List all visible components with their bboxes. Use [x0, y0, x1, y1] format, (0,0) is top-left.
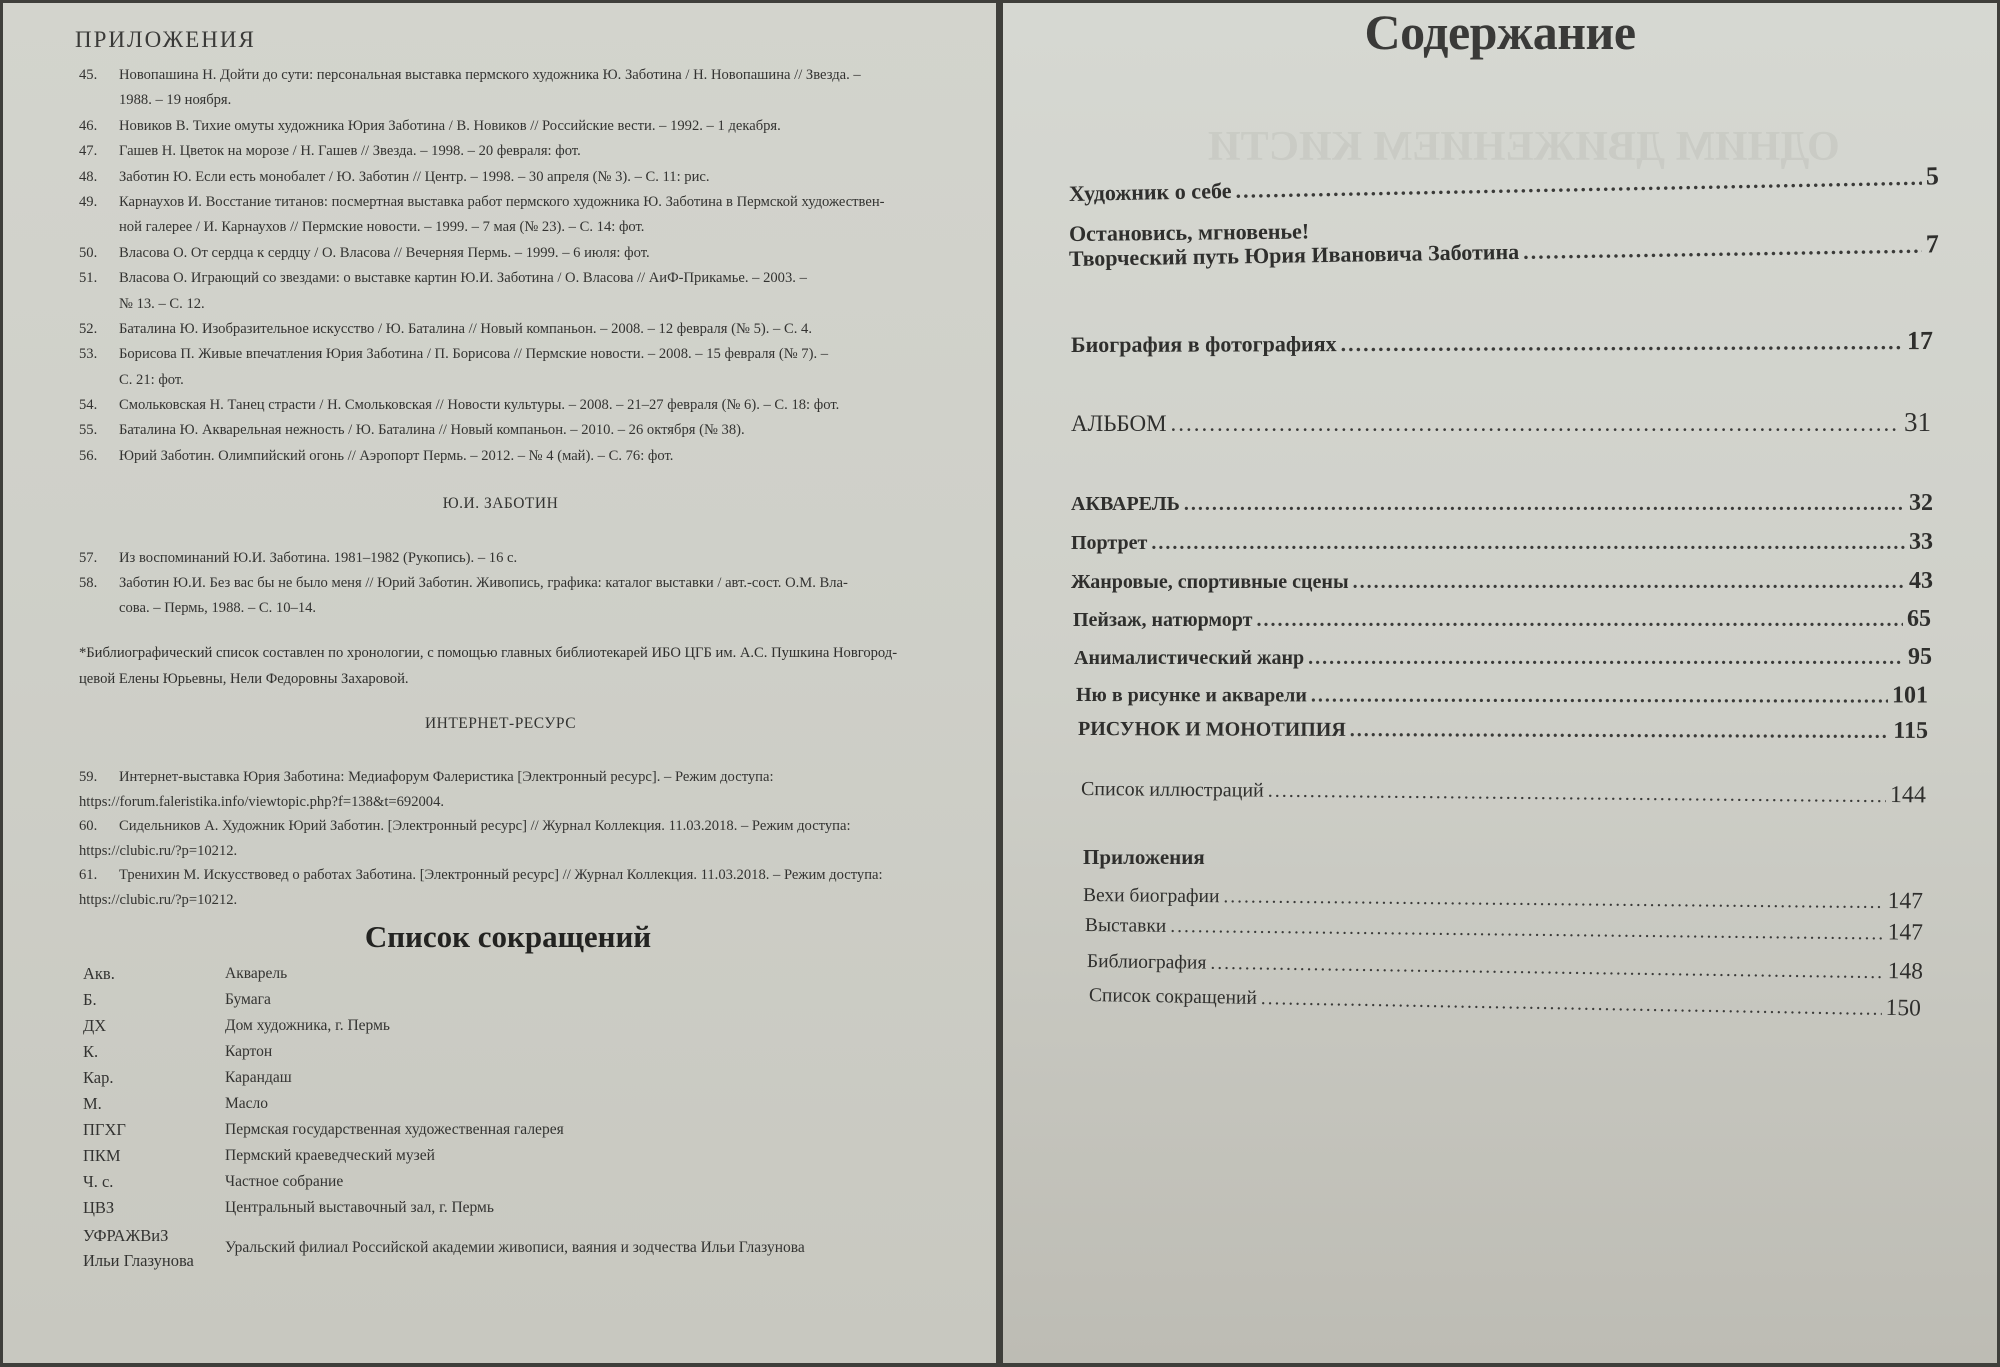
bibliography-entry: 61.Тренихин М. Искусствовед о работах За…	[79, 863, 959, 888]
entry-text: Власова О. Играющий со звездами: о выста…	[119, 266, 959, 291]
toc-page-number: 5	[1926, 161, 1940, 191]
abbreviation-key: ЦВЗ	[83, 1198, 225, 1218]
abbreviation-row: ПКМПермский краеведческий музей	[83, 1143, 963, 1169]
entry-text: 1988. – 19 ноября.	[79, 88, 959, 113]
entry-text: Карнаухов И. Восстание титанов: посмертн…	[119, 190, 959, 215]
abbreviation-key: К.	[83, 1042, 225, 1062]
toc-page-number: 32	[1909, 490, 1933, 517]
toc-entry-label: Жанровые, спортивные сцены	[1071, 571, 1349, 594]
toc-entry[interactable]: Жанровые, спортивные сцены43	[1071, 568, 1933, 595]
toc-page-number: 7	[1926, 229, 1939, 259]
entry-number: 51.	[79, 266, 119, 291]
leader-dots	[1350, 719, 1890, 744]
entry-url[interactable]: https://clubic.ru/?p=10212.	[79, 888, 959, 913]
entry-number: 52.	[79, 317, 119, 342]
entry-number: 60.	[79, 814, 119, 839]
abbreviation-row: УФРАЖВиЗИльи ГлазуноваУральский филиал Р…	[83, 1221, 963, 1275]
abbreviation-value: Уральский филиал Российской академии жив…	[225, 1239, 963, 1257]
entry-number: 48.	[79, 165, 119, 190]
bibliography-entry: 49.Карнаухов И. Восстание титанов: посме…	[79, 190, 959, 215]
bibliography-list: 45.Новопашина Н. Дойти до сути: персонал…	[79, 63, 959, 469]
entry-number: 58.	[79, 571, 119, 596]
toc-entry-label: Художник о себе	[1069, 178, 1232, 207]
toc-appendix-entry[interactable]: Выставки147	[1085, 911, 1923, 947]
right-page: ОДНИМ ДВИЖЕНИЕМ КИСТИ Содержание Художни…	[1003, 3, 1997, 1363]
left-page: ПРИЛОЖЕНИЯ 45.Новопашина Н. Дойти до сут…	[3, 3, 998, 1363]
entry-text: Новиков В. Тихие омуты художника Юрия За…	[119, 114, 959, 139]
bibliography-entry: 45.Новопашина Н. Дойти до сути: персонал…	[79, 63, 959, 88]
bibliography-entry: 51.Власова О. Играющий со звездами: о вы…	[79, 266, 959, 291]
toc-page-number: 33	[1909, 529, 1933, 556]
abbreviation-value: Дом художника, г. Пермь	[225, 1017, 963, 1035]
abbreviation-key: ПГХГ	[83, 1120, 225, 1140]
toc-entry-label: Выставки	[1085, 915, 1167, 938]
leader-dots	[1184, 493, 1905, 516]
bibliography-entry: 1988. – 19 ноября.	[79, 88, 959, 113]
bibliography-entry: 60.Сидельников А. Художник Юрий Заботин.…	[79, 814, 959, 839]
entry-number: 54.	[79, 393, 119, 418]
toc-page-number: 147	[1888, 888, 1923, 915]
toc-entry[interactable]: АЛЬБОМ31	[1071, 407, 1931, 438]
toc-entry-label: Пейзаж, натюрморт	[1073, 609, 1252, 632]
entry-number: 46.	[79, 114, 119, 139]
toc-page-number: 144	[1890, 782, 1926, 809]
abbreviation-key: Кар.	[83, 1068, 225, 1088]
entry-number: 59.	[79, 765, 119, 790]
leader-dots	[1256, 609, 1903, 632]
leader-dots	[1261, 988, 1882, 1021]
abbreviation-row: ЦВЗЦентральный выставочный зал, г. Пермь	[83, 1195, 963, 1221]
abbreviations-list: Акв.АкварельБ.БумагаДХДом художника, г. …	[83, 961, 963, 1275]
toc-appendix-entry[interactable]: Библиография148	[1087, 947, 1923, 986]
entry-number: 53.	[79, 342, 119, 367]
entry-text: Гашев Н. Цветок на морозе / Н. Гашев // …	[119, 139, 959, 164]
entry-number: 47.	[79, 139, 119, 164]
entry-url[interactable]: https://clubic.ru/?p=10212.	[79, 839, 959, 864]
entry-url[interactable]: https://forum.faleristika.info/viewtopic…	[79, 790, 959, 815]
abbreviation-value: Центральный выставочный зал, г. Пермь	[225, 1199, 963, 1217]
entry-text: № 13. – С. 12.	[79, 292, 959, 317]
leader-dots	[1171, 411, 1900, 437]
bibliography-entry: 59.Интернет-выставка Юрия Заботина: Меди…	[79, 765, 959, 790]
bleed-through-text: ОДНИМ ДВИЖЕНИЕМ КИСТИ	[1208, 123, 1840, 171]
toc-entry-label: Анималистический жанр	[1074, 647, 1304, 670]
toc-entry-label: АКВАРЕЛЬ	[1071, 493, 1180, 516]
entry-number: 45.	[79, 63, 119, 88]
abbreviation-value: Пермский краеведческий музей	[225, 1147, 963, 1165]
entry-number: 55.	[79, 418, 119, 443]
bibliography-entry: 58.Заботин Ю.И. Без вас бы не было меня …	[79, 571, 959, 596]
bibliography-entry: С. 21: фот.	[79, 368, 959, 393]
bibliography-entry: 55.Баталина Ю. Акварельная нежность / Ю.…	[79, 418, 959, 443]
abbreviation-value: Масло	[225, 1095, 963, 1113]
bibliography-entry: 48.Заботин Ю. Если есть монобалет / Ю. З…	[79, 165, 959, 190]
toc-page-number: 147	[1888, 919, 1924, 946]
abbreviation-row: Б.Бумага	[83, 987, 963, 1013]
toc-page-number: 101	[1892, 682, 1928, 709]
leader-dots	[1341, 329, 1903, 357]
zabotin-list: 57.Из воспоминаний Ю.И. Заботина. 1981–1…	[79, 546, 959, 621]
abbreviation-row: ДХДом художника, г. Пермь	[83, 1013, 963, 1039]
toc-entry-label: АЛЬБОМ	[1071, 411, 1167, 437]
bibliography-entry: 54.Смольковская Н. Танец страсти / Н. См…	[79, 393, 959, 418]
toc-entry[interactable]: Портрет33	[1071, 529, 1933, 556]
bibliography-entry: 57.Из воспоминаний Ю.И. Заботина. 1981–1…	[79, 546, 959, 571]
abbreviation-key: УФРАЖВиЗИльи Глазунова	[83, 1223, 225, 1273]
bibliography-entry: 56.Юрий Заботин. Олимпийский огонь // Аэ…	[79, 444, 959, 469]
entry-text: Из воспоминаний Ю.И. Заботина. 1981–1982…	[119, 546, 959, 571]
entry-text: Баталина Ю. Акварельная нежность / Ю. Ба…	[119, 418, 959, 443]
bibliography-entry: № 13. – С. 12.	[79, 292, 959, 317]
toc-entry-label: Список сокращений	[1089, 985, 1257, 1010]
abbreviation-key: Акв.	[83, 964, 225, 984]
abbreviation-row: Кар.Карандаш	[83, 1065, 963, 1091]
leader-dots	[1223, 886, 1883, 914]
leader-dots	[1311, 684, 1888, 708]
running-head: ПРИЛОЖЕНИЯ	[75, 27, 256, 53]
toc-entry[interactable]: Ню в рисунке и акварели101	[1076, 681, 1928, 709]
toc-entry-label: Биография в фотографиях	[1071, 331, 1337, 358]
abbreviation-key: Б.	[83, 990, 225, 1010]
toc-entry[interactable]: АКВАРЕЛЬ32	[1071, 490, 1933, 517]
abbreviation-row: Акв.Акварель	[83, 961, 963, 987]
toc-entry[interactable]: Список иллюстраций144	[1081, 775, 1926, 809]
leader-dots	[1353, 571, 1905, 594]
leader-dots	[1151, 532, 1905, 555]
toc-page-number: 43	[1909, 568, 1933, 595]
entry-text: Заботин Ю.И. Без вас бы не было меня // …	[119, 571, 959, 596]
entry-text: Тренихин М. Искусствовед о работах Забот…	[119, 863, 959, 888]
toc-page-number: 150	[1885, 995, 1921, 1023]
entry-number: 61.	[79, 863, 119, 888]
appendix-heading: Приложения	[1083, 845, 1205, 870]
entry-text: Власова О. От сердца к сердцу / О. Власо…	[119, 241, 959, 266]
entry-number: 50.	[79, 241, 119, 266]
abbreviation-row: М.Масло	[83, 1091, 963, 1117]
toc-appendix-entry[interactable]: Вехи биографии147	[1083, 881, 1923, 915]
toc-entry-label: Список иллюстраций	[1081, 778, 1264, 803]
toc-entry-label: Библиография	[1087, 951, 1207, 975]
leader-dots	[1170, 916, 1884, 945]
leader-dots	[1523, 233, 1922, 265]
entry-text: Баталина Ю. Изобразительное искусство / …	[119, 317, 959, 342]
entry-text: ной галерее / И. Карнаухов // Пермские н…	[79, 215, 959, 240]
abbreviation-value: Карандаш	[225, 1069, 963, 1087]
entry-text: Смольковская Н. Танец страсти / Н. Смоль…	[119, 393, 959, 418]
toc-title: Содержание	[1003, 3, 1997, 61]
entry-text: сова. – Пермь, 1988. – С. 10–14.	[79, 596, 959, 621]
abbreviation-key: Ч. с.	[83, 1172, 225, 1192]
entry-text: С. 21: фот.	[79, 368, 959, 393]
entry-text: Борисова П. Живые впечатления Юрия Забот…	[119, 342, 959, 367]
toc-entry[interactable]: Анималистический жанр95	[1074, 644, 1932, 671]
entry-text: Юрий Заботин. Олимпийский огонь // Аэроп…	[119, 444, 959, 469]
bibliography-entry: сова. – Пермь, 1988. – С. 10–14.	[79, 596, 959, 621]
entry-number: 56.	[79, 444, 119, 469]
toc-page-number: 115	[1893, 718, 1928, 745]
abbreviation-value: Частное собрание	[225, 1173, 963, 1191]
entry-text: Новопашина Н. Дойти до сути: персональна…	[119, 63, 959, 88]
toc-entry[interactable]: РИСУНОК И МОНОТИПИЯ115	[1078, 715, 1928, 745]
abbreviation-key: ДХ	[83, 1016, 225, 1036]
toc-page-number: 148	[1887, 958, 1923, 985]
toc-entry-label: РИСУНОК И МОНОТИПИЯ	[1078, 718, 1346, 742]
footnote: *Библиографический список составлен по х…	[79, 640, 959, 692]
bibliography-entry: 50.Власова О. От сердца к сердцу / О. Вл…	[79, 241, 959, 266]
entry-number: 49.	[79, 190, 119, 215]
abbreviations-title: Список сокращений	[3, 919, 998, 955]
toc-page-number: 65	[1907, 606, 1931, 633]
toc-entry-label: Портрет	[1071, 532, 1147, 555]
section-heading-internet: ИНТЕРНЕТ-РЕСУРС	[3, 715, 998, 733]
entry-number: 57.	[79, 546, 119, 571]
leader-dots	[1210, 953, 1884, 984]
abbreviation-value: Бумага	[225, 991, 963, 1009]
toc-appendix-entry[interactable]: Список сокращений150	[1089, 981, 1921, 1023]
abbreviation-row: Ч. с.Частное собрание	[83, 1169, 963, 1195]
internet-list: 59.Интернет-выставка Юрия Заботина: Меди…	[79, 765, 959, 912]
toc-entry-label: Творческий путь Юрия Ивановича Заботина	[1069, 239, 1520, 272]
abbreviation-key: М.	[83, 1094, 225, 1114]
abbreviation-key: ПКМ	[83, 1146, 225, 1166]
book-gutter	[996, 0, 1003, 1367]
toc-page-number: 31	[1904, 407, 1931, 438]
toc-entry[interactable]: Пейзаж, натюрморт65	[1073, 606, 1931, 633]
toc-entry[interactable]: Биография в фотографиях17	[1071, 326, 1933, 359]
abbreviation-value: Картон	[225, 1043, 963, 1061]
toc-entry-label: Вехи биографии	[1083, 885, 1220, 908]
entry-text: Сидельников А. Художник Юрий Заботин. [Э…	[119, 814, 959, 839]
toc-page-number: 95	[1908, 644, 1932, 671]
leader-dots	[1268, 780, 1886, 808]
bibliography-entry: 52.Баталина Ю. Изобразительное искусство…	[79, 317, 959, 342]
bibliography-entry: 46.Новиков В. Тихие омуты художника Юрия…	[79, 114, 959, 139]
bibliography-entry: ной галерее / И. Карнаухов // Пермские н…	[79, 215, 959, 240]
bibliography-entry: 47.Гашев Н. Цветок на морозе / Н. Гашев …	[79, 139, 959, 164]
toc-page-number: 17	[1907, 326, 1933, 356]
section-heading-zabotin: Ю.И. ЗАБОТИН	[3, 495, 998, 513]
abbreviation-value: Акварель	[225, 965, 963, 983]
bibliography-entry: 53.Борисова П. Живые впечатления Юрия За…	[79, 342, 959, 367]
entry-text: Интернет-выставка Юрия Заботина: Медиафо…	[119, 765, 959, 790]
leader-dots	[1308, 647, 1904, 670]
entry-text: Заботин Ю. Если есть монобалет / Ю. Забо…	[119, 165, 959, 190]
abbreviation-value: Пермская государственная художественная …	[225, 1121, 963, 1139]
abbreviation-row: ПГХГПермская государственная художествен…	[83, 1117, 963, 1143]
abbreviation-row: К.Картон	[83, 1039, 963, 1065]
toc-entry-label: Ню в рисунке и акварели	[1076, 684, 1307, 707]
